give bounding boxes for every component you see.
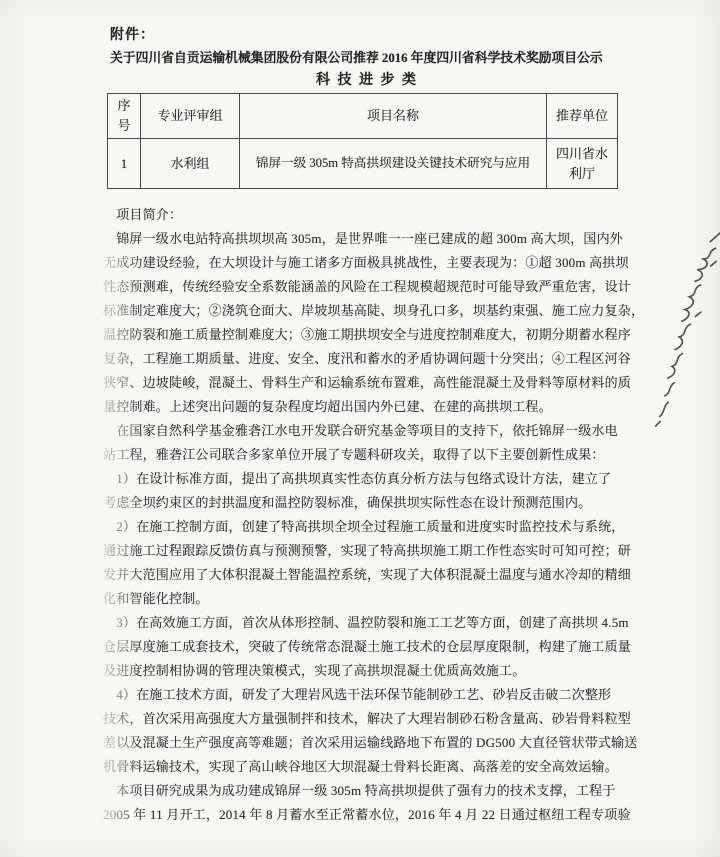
col-header-review-group: 专业评审组 [141,94,240,139]
cell-project-name: 锦屏一级 305m 特高拱坝建设关键技术研究与应用 [240,139,547,189]
cell-index: 1 [108,139,141,189]
table-row: 1 水利组 锦屏一级 305m 特高拱坝建设关键技术研究与应用 四川省水利厅 [108,139,618,189]
attachment-label: 附件： [110,24,155,44]
col-header-project-name: 项目名称 [240,94,547,139]
projects-table: 序号 专业评审组 项目名称 推荐单位 1 水利组 锦屏一级 305m 特高拱坝建… [107,93,618,189]
cell-recommending-unit: 四川省水利厅 [547,139,618,189]
project-summary-text: 项目简介： 锦屏一级水电站特高拱坝坝高 305m，是世界唯一一座已建成的超 30… [103,203,643,827]
cell-review-group: 水利组 [141,139,240,189]
document-title: 关于四川省自贡运输机械集团股份有限公司推荐 2016 年度四川省科学技术奖励项目… [110,47,603,66]
col-header-recommending-unit: 推荐单位 [547,94,618,139]
col-header-index: 序号 [108,94,141,139]
category-heading: 科 技 进 步 类 [316,69,418,89]
table-header-row: 序号 专业评审组 项目名称 推荐单位 [108,94,618,139]
handwritten-annotation-icon [649,222,720,437]
scanned-document-page: 附件： 关于四川省自贡运输机械集团股份有限公司推荐 2016 年度四川省科学技术… [0,0,720,857]
